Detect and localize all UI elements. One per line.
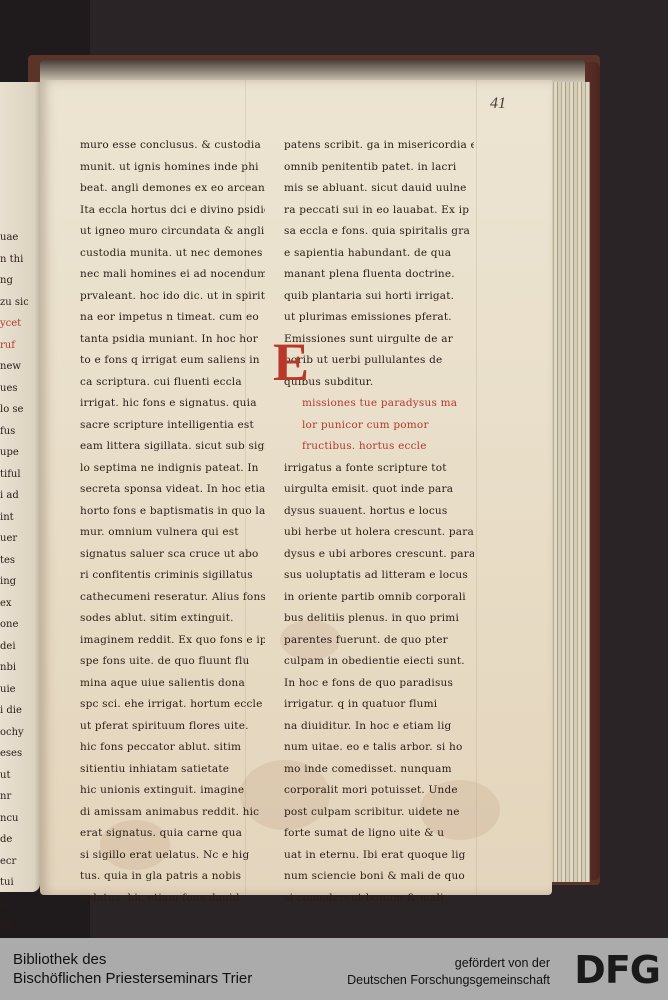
text-line: num uitae. eo e talis arbor. si ho: [284, 737, 474, 759]
text-line: sodes ablut. sitim extinguit.: [80, 608, 265, 630]
text-line: quib plantaria sui horti irrigat.: [284, 286, 474, 308]
text-fragment: tes: [0, 550, 28, 572]
text-fragment: ruf: [0, 335, 28, 357]
text-line: ra peccati sui in eo lauabat. Ex ip: [284, 200, 474, 222]
text-fragment: ncu: [0, 808, 28, 830]
text-fragment: fus: [0, 421, 28, 443]
text-fragment: zu sic: [0, 292, 28, 314]
page-stack-edges: [550, 82, 590, 882]
text-column-right: patens scribit. ga in misericordia eomni…: [284, 135, 474, 909]
text-line: secreta sponsa videat. In hoc etiam: [80, 479, 265, 501]
text-line: ut igneo muro circundata & anglica: [80, 221, 265, 243]
text-fragment: a: [0, 894, 28, 916]
text-line: nec mali homines ei ad nocendum: [80, 264, 265, 286]
text-line: horto fons e baptismatis in quo lava: [80, 501, 265, 523]
text-line: uirgulta emisit. quot inde para: [284, 479, 474, 501]
footer-bar: Bibliothek des Bischöflichen Priestersem…: [0, 938, 668, 1000]
text-fragment: gr: [0, 915, 28, 937]
text-line: uat in eternu. Ibi erat quoque lig: [284, 845, 474, 867]
text-fragment: ut: [0, 765, 28, 787]
text-line: omnib penitentib patet. in lacri: [284, 157, 474, 179]
funding-line-1: gefördert von der: [347, 955, 550, 972]
text-line: mur. omnium vulnera qui est: [80, 522, 265, 544]
folio-number: 41: [490, 95, 506, 113]
text-fragment: tui: [0, 872, 28, 894]
text-line: si sigillo erat uelatus. Nc e hig: [80, 845, 265, 867]
text-line: num sciencie boni & mali de quo: [284, 866, 474, 888]
text-line: parentes fuerunt. de quo pter: [284, 630, 474, 652]
text-fragment: int: [0, 507, 28, 529]
text-line: beat. angli demones ex eo arceant.: [80, 178, 265, 200]
text-line: ca scriptura. cui fluenti eccla: [80, 372, 265, 394]
text-line: irrigatur. q in quatuor flumi: [284, 694, 474, 716]
text-fragment: i ad: [0, 485, 28, 507]
text-fragment: ng: [0, 270, 28, 292]
text-line: spc sci. ehe irrigat. hortum eccle: [80, 694, 265, 716]
text-line: na diuiditur. In hoc e etiam lig: [284, 716, 474, 738]
text-line: ut plurimas emissiones pferat.: [284, 307, 474, 329]
text-line: mo inde comedisset. nunquam: [284, 759, 474, 781]
text-line: imaginem reddit. Ex quo fons e ipe: [80, 630, 265, 652]
text-line: dysus e ubi arbores crescunt. paradi: [284, 544, 474, 566]
text-line: sus uoluptatis ad litteram e locus: [284, 565, 474, 587]
text-fragment: ycet: [0, 313, 28, 335]
text-line: to e fons q irrigat eum saliens in: [80, 350, 265, 372]
text-fragment: uae: [0, 227, 28, 249]
text-line: si comederent bonum & mali: [284, 888, 474, 910]
text-line: cathecumeni reseratur. Alius fons: [80, 587, 265, 609]
text-fragment: de: [0, 829, 28, 851]
text-line: lor punicor cum pomor: [284, 415, 474, 437]
text-line: lo septima ne indignis pateat. In: [80, 458, 265, 480]
text-fragment: lo se: [0, 399, 28, 421]
text-line: signatus saluer sca cruce ut abo: [80, 544, 265, 566]
ruling-line: [476, 80, 477, 895]
text-line: uelatus. hic etiam fons dauid: [80, 888, 265, 910]
text-line: sa eccla e fons. quia spiritalis gra: [284, 221, 474, 243]
decorated-initial: E: [273, 336, 299, 388]
dfg-logo: DFG: [574, 951, 660, 989]
text-fragment: tiful: [0, 464, 28, 486]
text-line: hic unionis extinguit. imagine: [80, 780, 265, 802]
text-line: bus delitiis plenus. in quo primi: [284, 608, 474, 630]
text-line: tus. quia in gla patris a nobis: [80, 866, 265, 888]
text-fragment: ecr: [0, 851, 28, 873]
text-line: munit. ut ignis homines inde phi: [80, 157, 265, 179]
text-line: in oriente partib omnib corporali: [284, 587, 474, 609]
text-line: hic fons peccator ablut. sitim: [80, 737, 265, 759]
text-line: spe fons uite. de quo fluunt flu: [80, 651, 265, 673]
text-line: tanta psidia muniant. In hoc hor: [80, 329, 265, 351]
text-fragment: eses: [0, 743, 28, 765]
page-top-edges: [40, 60, 585, 82]
library-line-2: Bischöflichen Priesterseminars Trier: [13, 969, 252, 988]
text-fragment: n thi: [0, 249, 28, 271]
text-fragment: ues: [0, 378, 28, 400]
text-line: fructibus. hortus eccle: [284, 436, 474, 458]
text-fragment: uer: [0, 528, 28, 550]
text-fragment: upe: [0, 442, 28, 464]
text-line: sitientiu inhiatam satietate: [80, 759, 265, 781]
text-line: e sapientia habundant. de qua: [284, 243, 474, 265]
funding-line-2: Deutschen Forschungsgemeinschaft: [347, 972, 550, 989]
text-fragment: one: [0, 614, 28, 636]
text-line: dysus suauent. hortus e locus: [284, 501, 474, 523]
text-line: eam littera sigillata. sicut sub sigil: [80, 436, 265, 458]
text-line: In hoc e fons de quo paradisus: [284, 673, 474, 695]
text-fragment: dei: [0, 636, 28, 658]
left-page: uaen thingzu sicycetrufnewueslo sefusupe…: [0, 82, 40, 892]
funding-credit: gefördert von der Deutschen Forschungsge…: [347, 955, 550, 989]
text-fragment: nr: [0, 786, 28, 808]
text-line: mis se abluant. sicut dauid uulne: [284, 178, 474, 200]
text-fragment: nbi: [0, 657, 28, 679]
text-line: prvaleant. hoc ido dic. ut in spiritalib…: [80, 286, 265, 308]
text-line: forte sumat de ligno uite & u: [284, 823, 474, 845]
text-line: ubi herbe ut holera crescunt. para: [284, 522, 474, 544]
text-fragment: uie: [0, 679, 28, 701]
text-line: irrigat. hic fons e signatus. quia: [80, 393, 265, 415]
library-line-1: Bibliothek des: [13, 950, 252, 969]
text-line: Ita eccla hortus dci e divino psidio,: [80, 200, 265, 222]
text-fragment: new: [0, 356, 28, 378]
text-line: manant plena fluenta doctrine.: [284, 264, 474, 286]
text-fragment: ochy: [0, 722, 28, 744]
text-line: erat signatus. quia carne qua: [80, 823, 265, 845]
text-line: borib ut uerbi pullulantes de: [284, 350, 474, 372]
text-line: missiones tue paradysus ma: [284, 393, 474, 415]
text-fragment: i die: [0, 700, 28, 722]
text-line: custodia munita. ut nec demones: [80, 243, 265, 265]
text-fragment: ex: [0, 593, 28, 615]
text-line: culpam in obedientie eiecti sunt.: [284, 651, 474, 673]
text-line: corporalit mori potuisset. Unde: [284, 780, 474, 802]
text-line: ut pferat spirituum flores uite.: [80, 716, 265, 738]
manuscript-scan: uaen thingzu sicycetrufnewueslo sefusupe…: [0, 0, 668, 938]
text-column-left: muro esse conclusus. & custodia angelorm…: [80, 135, 265, 909]
text-fragment: ing: [0, 571, 28, 593]
text-line: di amissam animabus reddit. hic: [80, 802, 265, 824]
text-line: na eor impetus n timeat. cum eo: [80, 307, 265, 329]
text-line: ri confitentis criminis sigillatus: [80, 565, 265, 587]
text-line: sacre scripture intelligentia est: [80, 415, 265, 437]
text-line: post culpam scribitur. uidete ne: [284, 802, 474, 824]
text-line: muro esse conclusus. & custodia angelor: [80, 135, 265, 157]
text-line: patens scribit. ga in misericordia e: [284, 135, 474, 157]
text-line: quibus subditur.: [284, 372, 474, 394]
text-line: Emissiones sunt uirgulte de ar: [284, 329, 474, 351]
library-credit: Bibliothek des Bischöflichen Priestersem…: [13, 950, 252, 988]
text-line: mina aque uiue salientis dona: [80, 673, 265, 695]
text-line: irrigatus a fonte scripture tot: [284, 458, 474, 480]
left-page-text-fragments: uaen thingzu sicycetrufnewueslo sefusupe…: [0, 227, 28, 938]
